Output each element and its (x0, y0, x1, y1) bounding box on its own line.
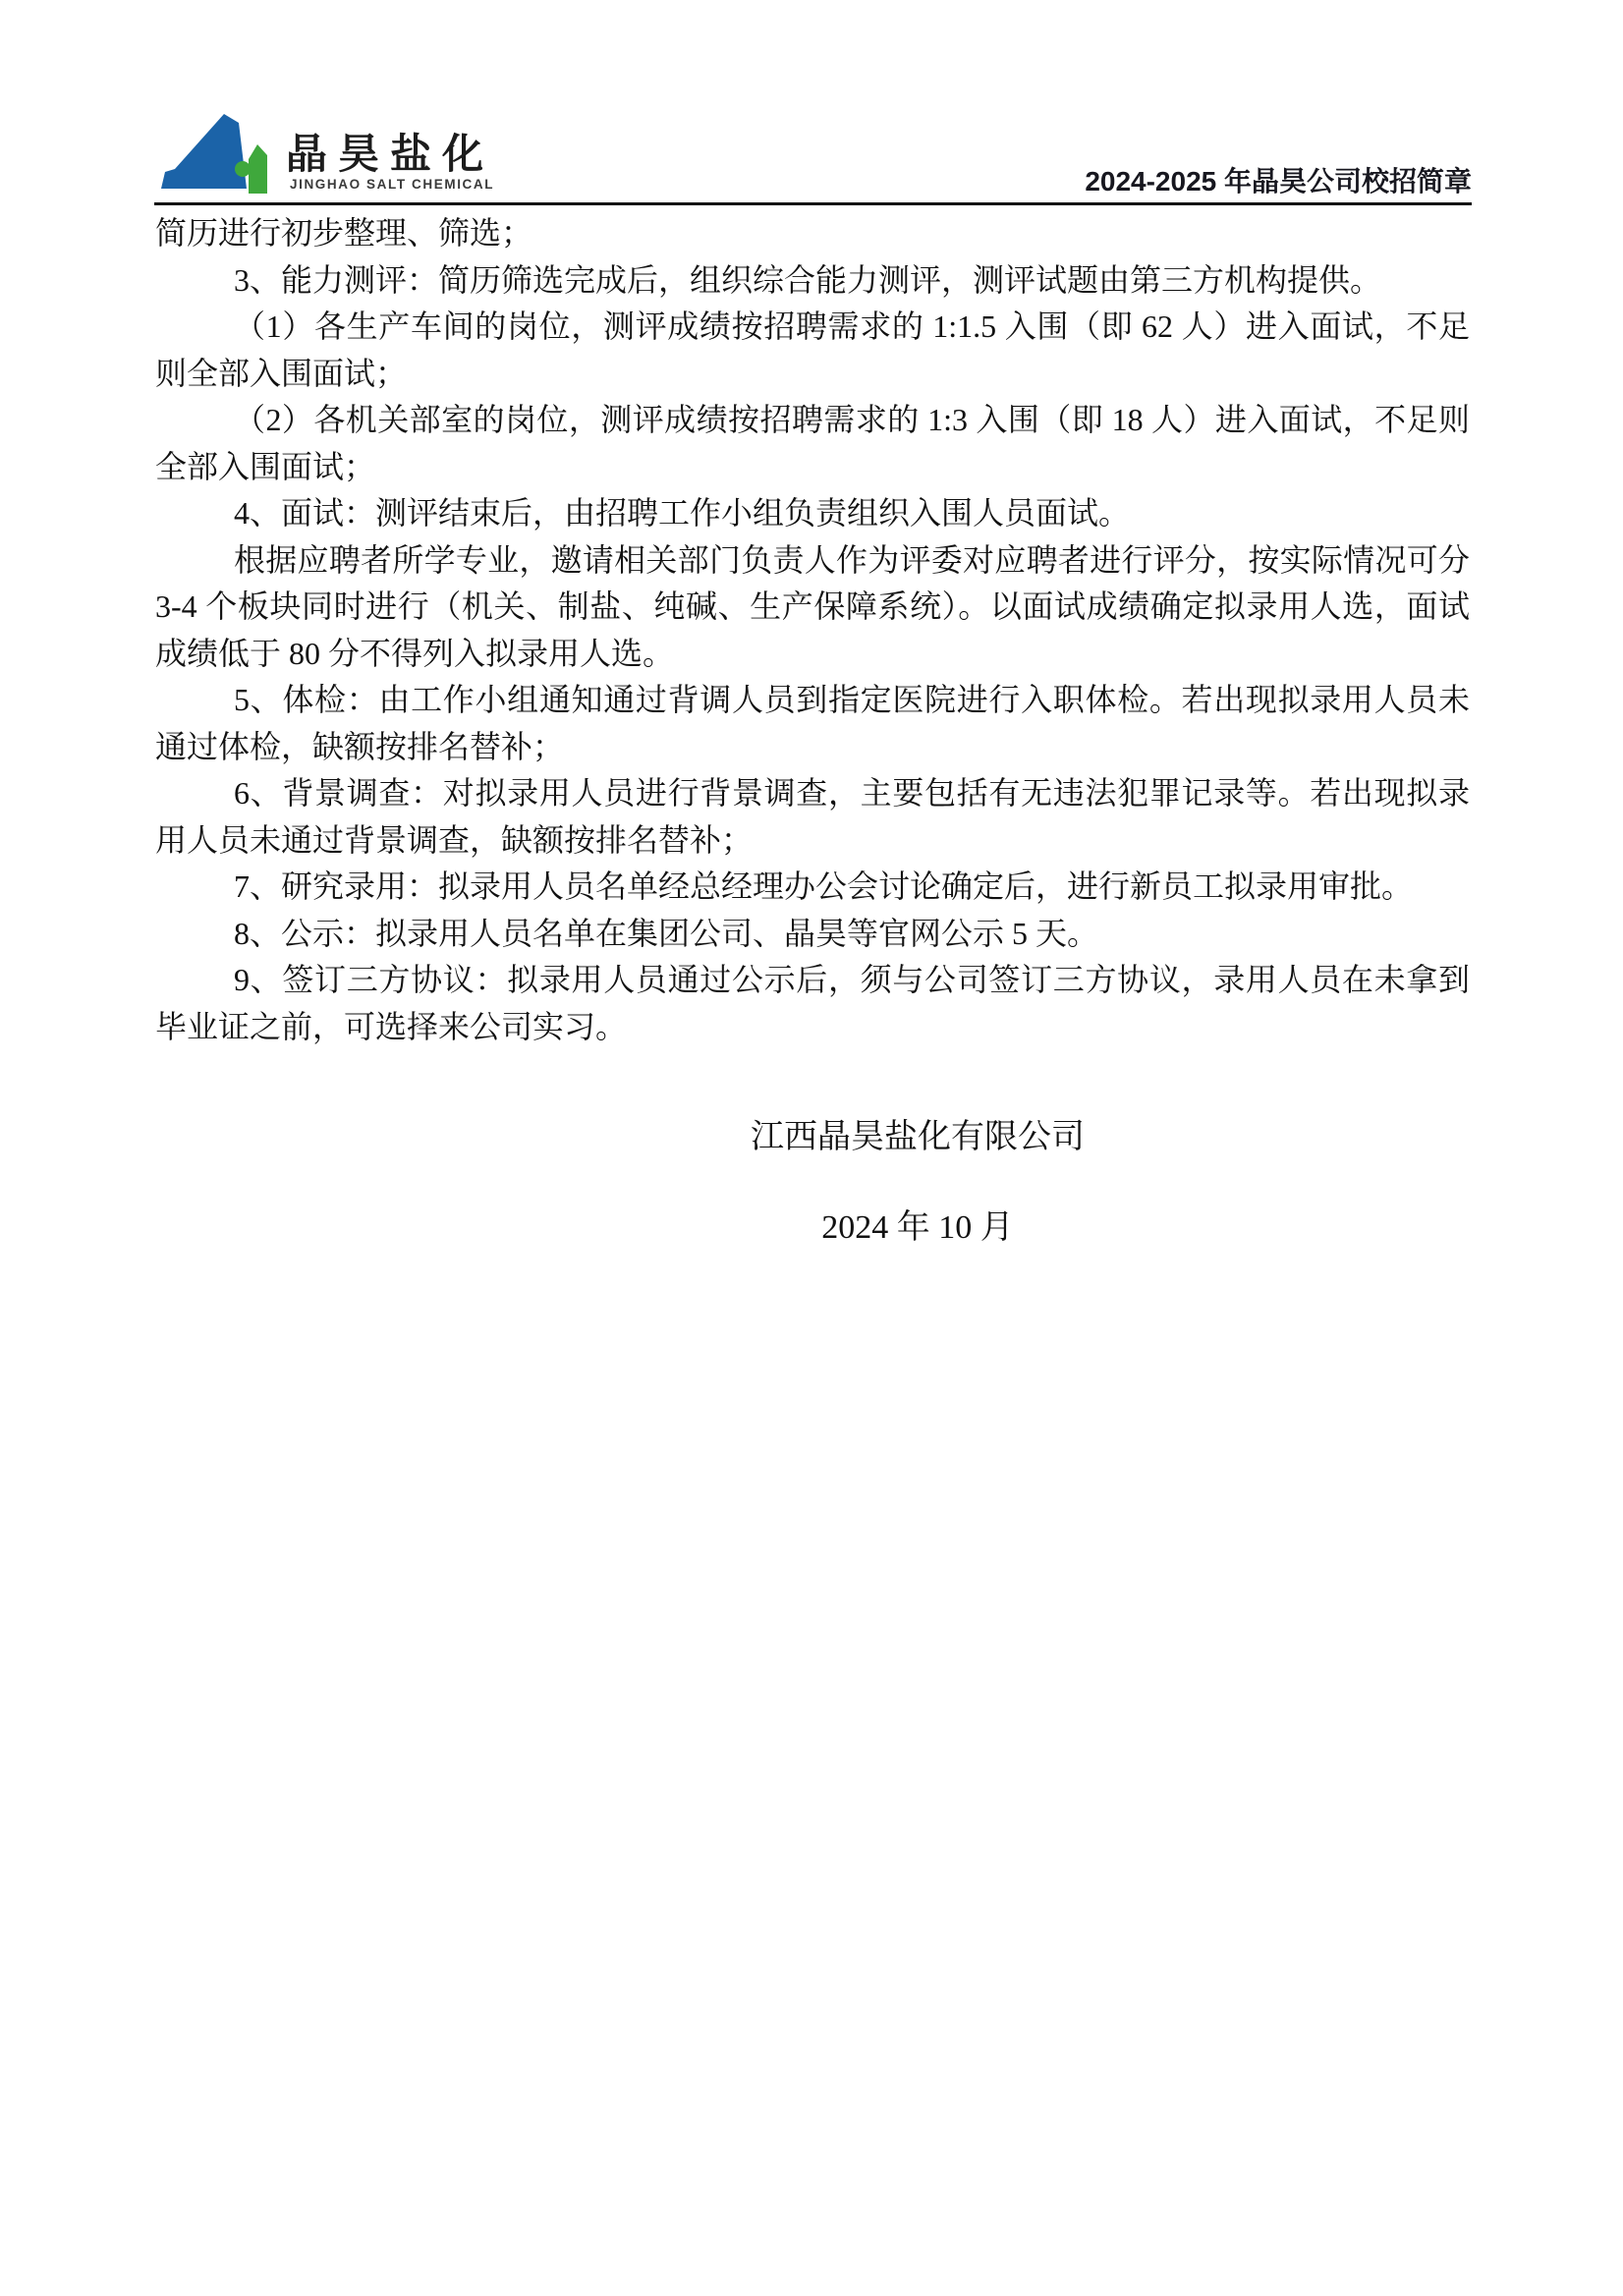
logo-dot-green-shape (235, 161, 251, 177)
logo-mountain-blue-shape (161, 114, 247, 189)
paragraph: 7、研究录用：拟录用人员名单经总经理办公会讨论确定后，进行新员工拟录用审批。 (155, 864, 1470, 911)
paragraph: 4、面试：测评结束后，由招聘工作小组负责组织入围人员面试。 (155, 490, 1470, 537)
paragraph: 8、公示：拟录用人员名单在集团公司、晶昊等官网公示 5 天。 (155, 911, 1470, 958)
paragraph: 5、体检：由工作小组通知通过背调人员到指定医院进行入职体检。若出现拟录用人员未通… (155, 677, 1470, 770)
company-logo-icon (159, 110, 272, 195)
paragraph: 6、背景调查：对拟录用人员进行背景调查，主要包括有无违法犯罪记录等。若出现拟录用… (155, 770, 1470, 864)
paragraph: 根据应聘者所学专业，邀请相关部门负责人作为评委对应聘者进行评分，按实际情况可分 … (155, 537, 1470, 678)
paragraph: （1）各生产车间的岗位，测评成绩按招聘需求的 1:1.5 入围（即 62 人）进… (155, 304, 1470, 397)
company-name-en: JINGHAO SALT CHEMICAL (290, 178, 494, 192)
document-body: 简历进行初步整理、筛选； 3、能力测评：简历筛选完成后，组织综合能力测评，测评试… (155, 210, 1470, 1050)
signature-block: 江西晶昊盐化有限公司 2024 年 10 月 (259, 1114, 1576, 1251)
page: { "header": { "logo": { "name_cn": "晶昊盐化… (0, 0, 1623, 2296)
company-name-cn: 晶昊盐化 (286, 134, 494, 175)
paragraph: 3、能力测评：简历筛选完成后，组织综合能力测评，测评试题由第三方机构提供。 (155, 257, 1470, 305)
document-header-title: 2024-2025 年晶昊公司校招简章 (1085, 166, 1472, 197)
signature-date: 2024 年 10 月 (259, 1204, 1576, 1252)
paragraph: 9、签订三方协议：拟录用人员通过公示后，须与公司签订三方协议，录用人员在未拿到毕… (155, 957, 1470, 1050)
signature-company: 江西晶昊盐化有限公司 (259, 1114, 1576, 1161)
logo-mountain-green-shape (249, 144, 267, 194)
paragraph: 简历进行初步整理、筛选； (155, 210, 1470, 257)
header-divider (154, 202, 1472, 205)
paragraph: （2）各机关部室的岗位，测评成绩按招聘需求的 1:3 入围（即 18 人）进入面… (155, 397, 1470, 490)
